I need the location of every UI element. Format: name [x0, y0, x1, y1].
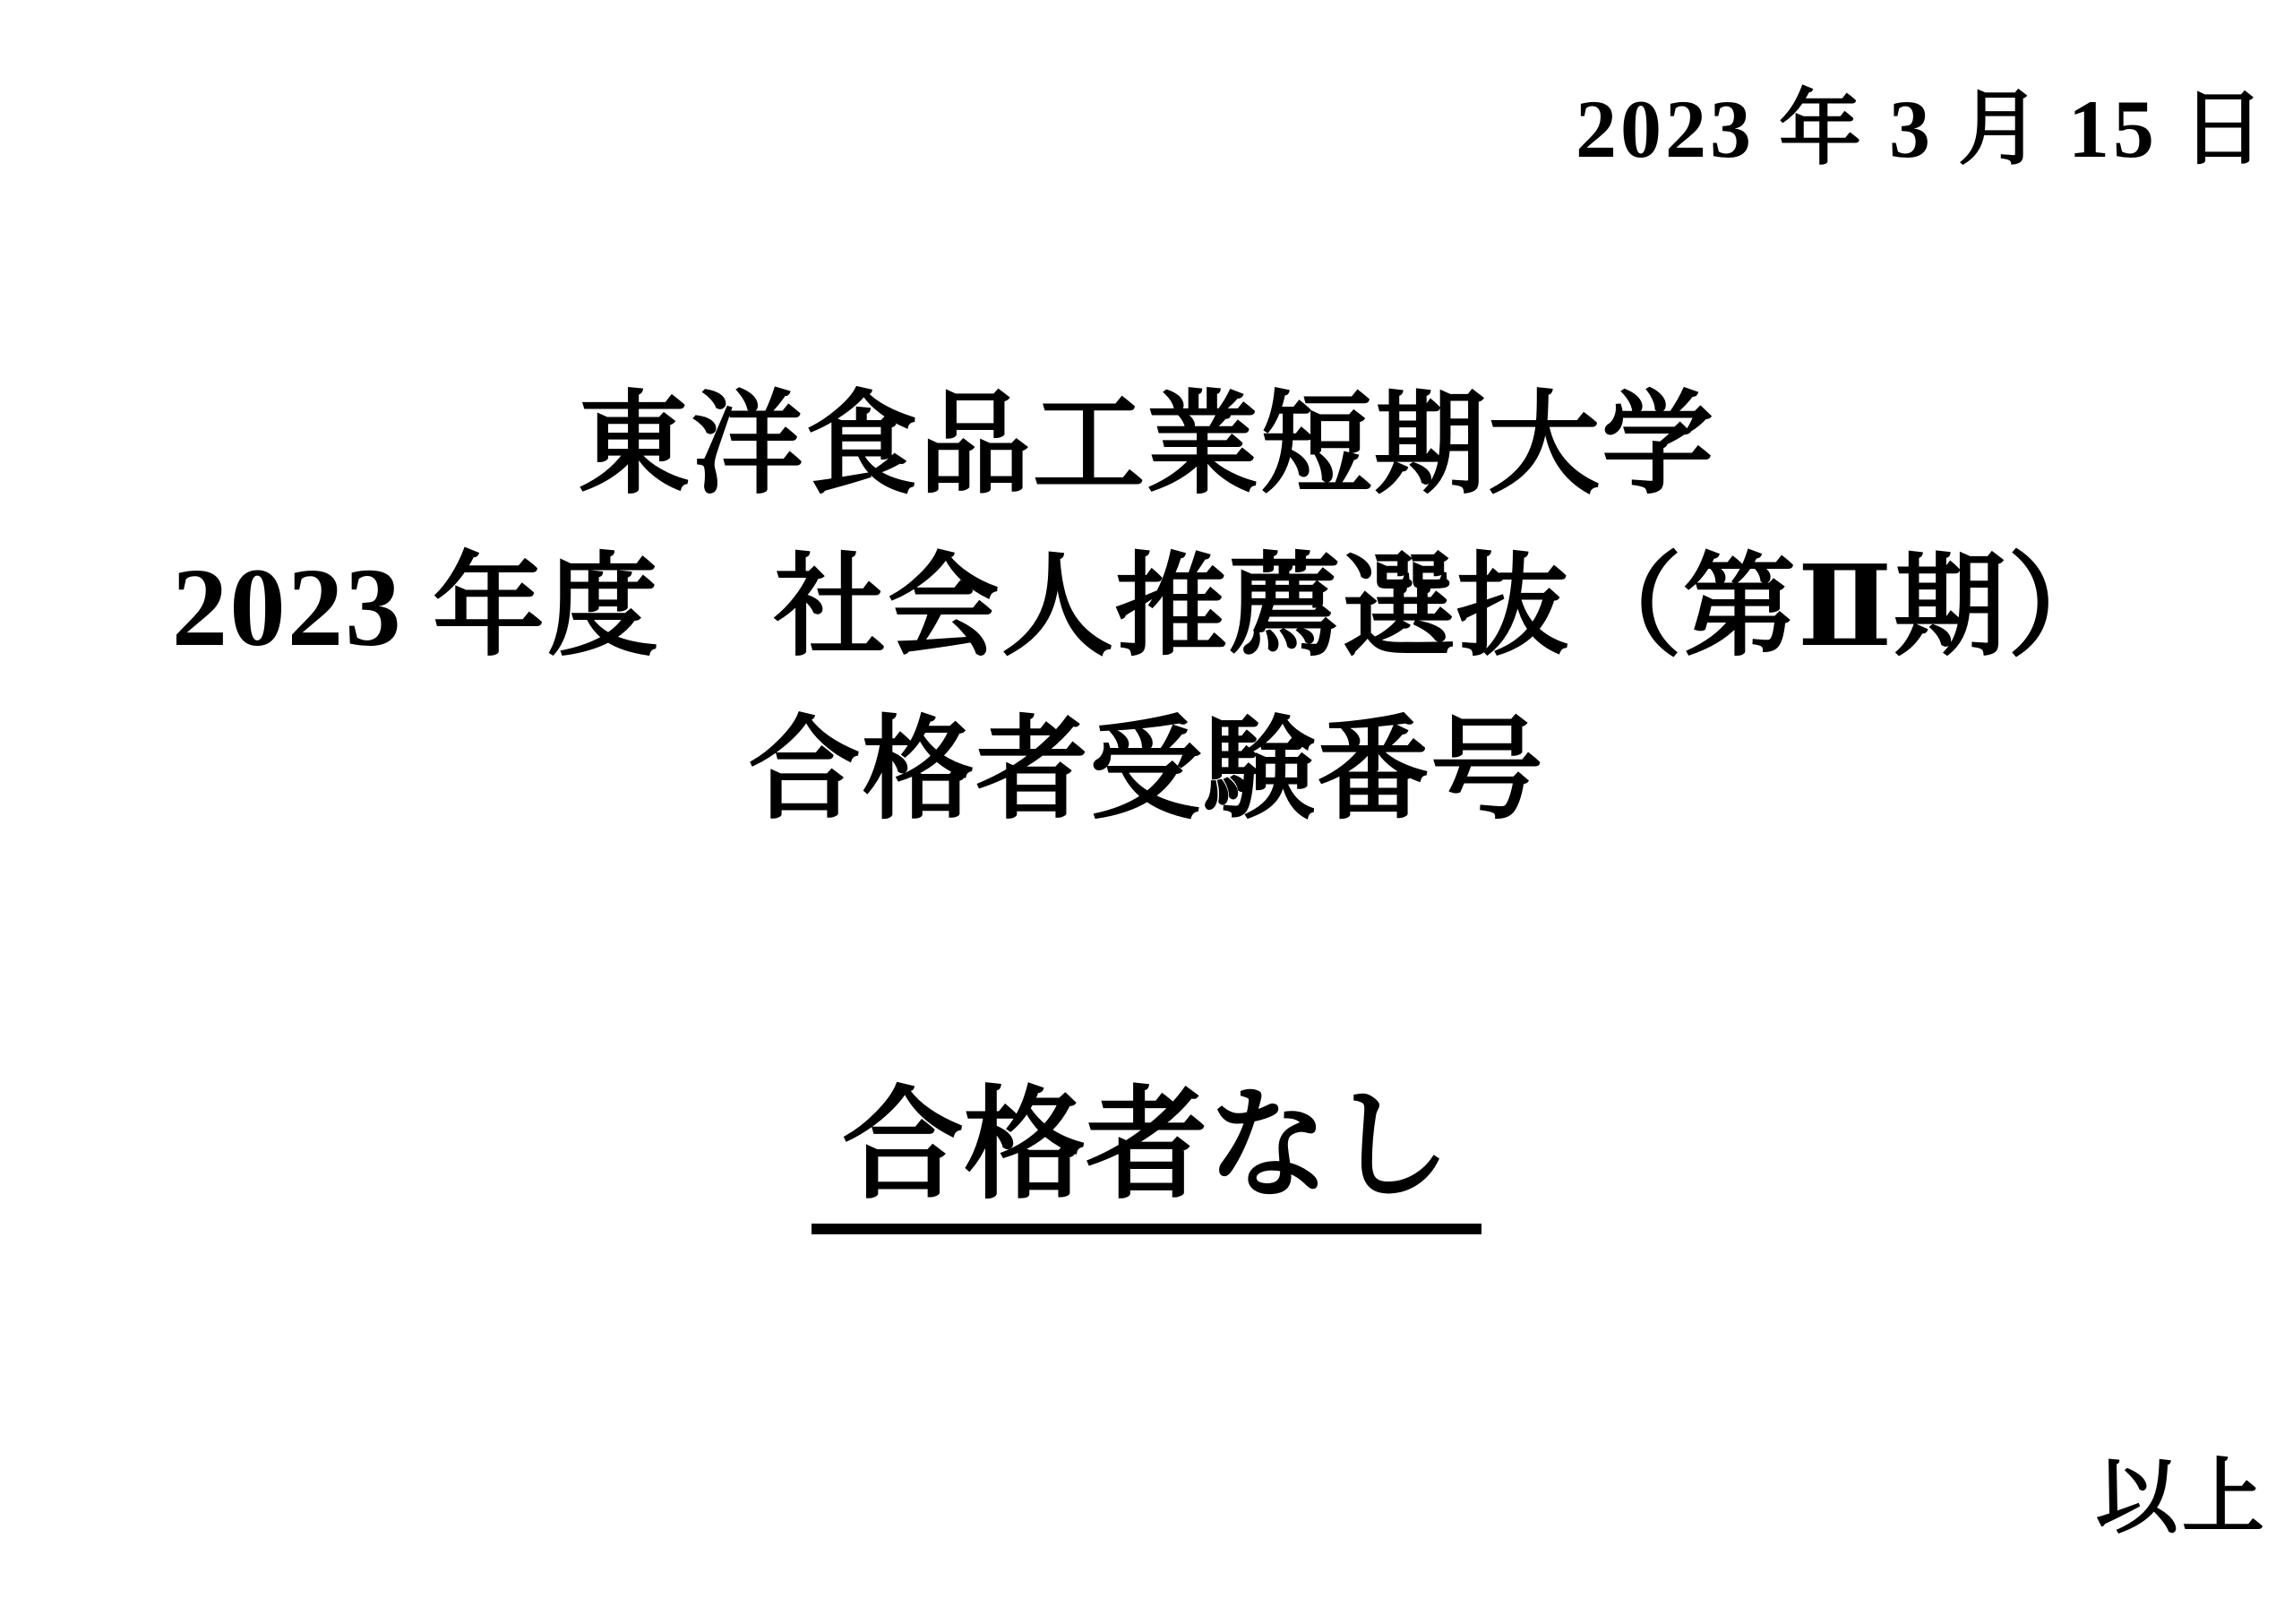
result-text: 合格者なし — [812, 1086, 1481, 1234]
college-name: 東洋食品工業短期大学 — [0, 365, 2293, 528]
closing-text: 以上 — [2096, 1431, 2268, 1550]
result-section: 合格者なし — [0, 1086, 2293, 1234]
document-date: 2023 年 3 月 15 日 — [1576, 63, 2268, 181]
selection-name: 2023 年度 社会人推薦選抜（第Ⅱ期） — [0, 528, 2293, 690]
announcement-document: 2023 年 3 月 15 日 東洋食品工業短期大学 2023 年度 社会人推薦… — [0, 0, 2293, 1624]
document-title-block: 東洋食品工業短期大学 2023 年度 社会人推薦選抜（第Ⅱ期） 合格者受験番号 — [0, 365, 2293, 853]
list-heading: 合格者受験番号 — [0, 691, 2293, 853]
